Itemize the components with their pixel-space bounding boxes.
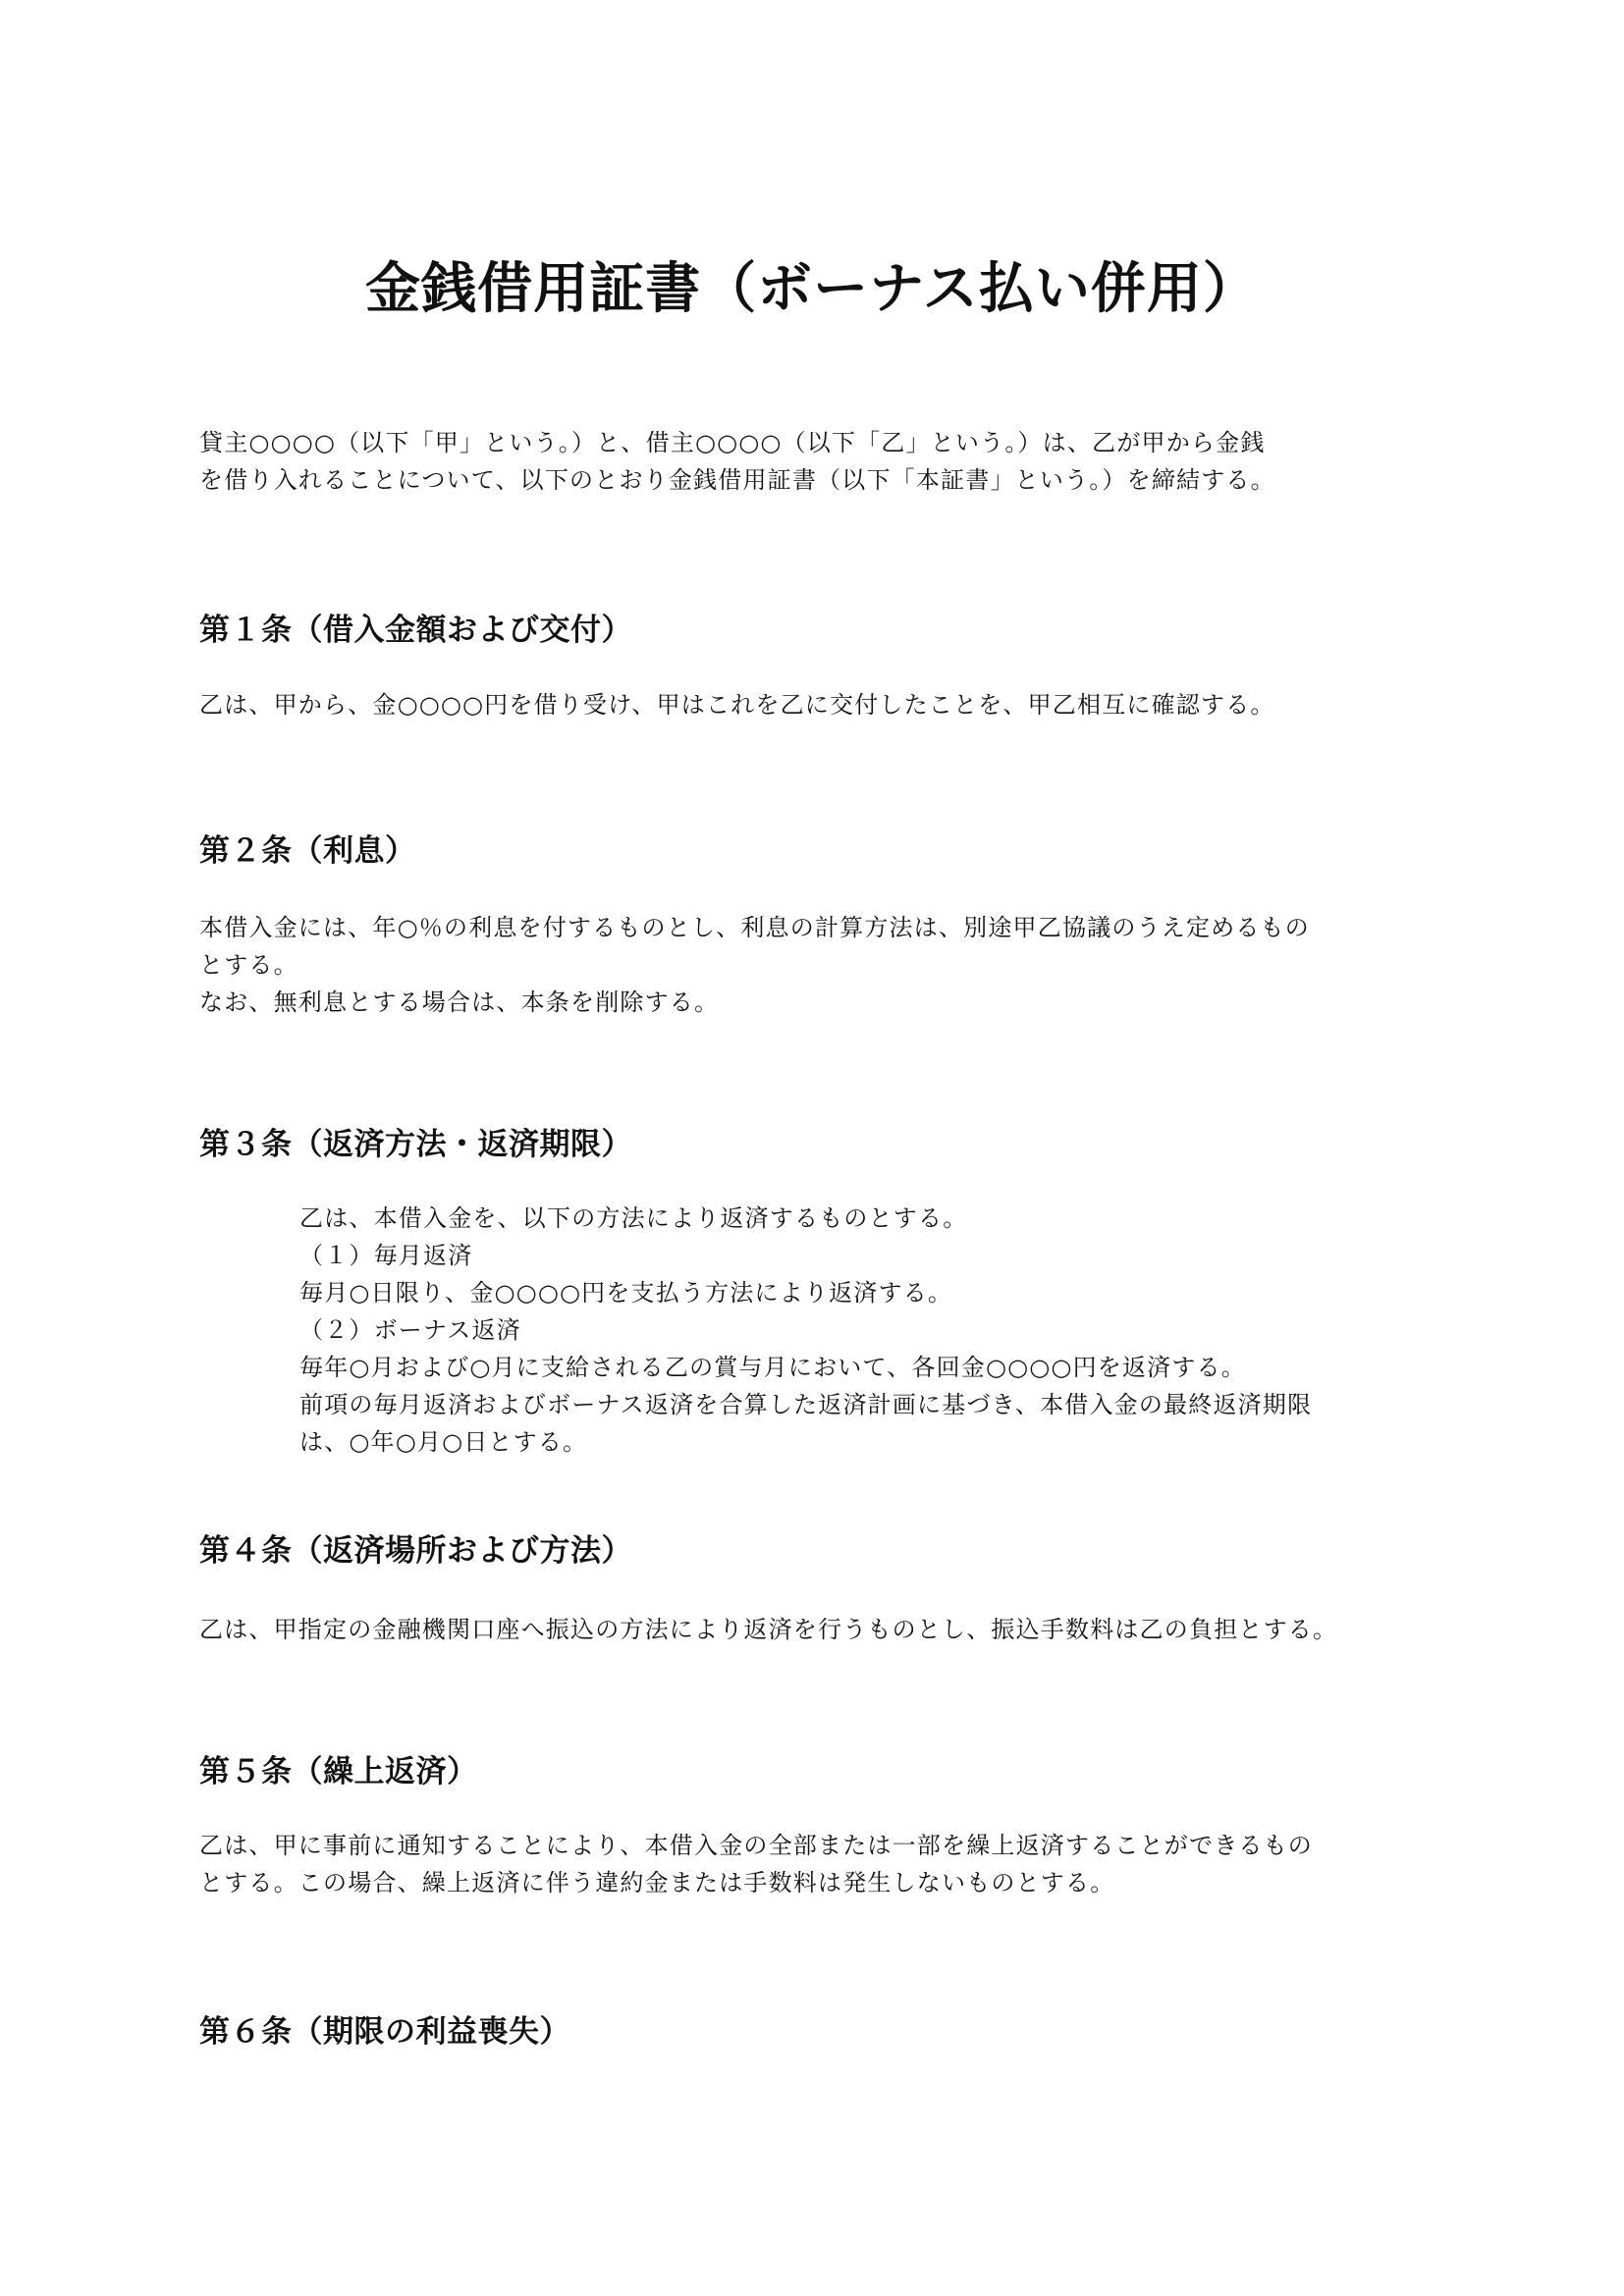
intro-line: を借り入れることについて、以下のとおり金銭借用証書（以下「本証書」という。）を締…: [199, 461, 1476, 499]
document-page: 金銭借用証書（ボーナス払い併用） 貸主○○○○（以下「甲」という。）と、借主○○…: [0, 0, 1624, 2296]
article-line: 毎月○日限り、金○○○○円を支払う方法により返済する。: [299, 1274, 1478, 1311]
article-3-body: 乙は、本借入金を、以下の方法により返済するものとする。 （１）毎月返済 毎月○日…: [299, 1200, 1478, 1461]
article-1-body: 乙は、甲から、金○○○○円を借り受け、甲はこれを乙に交付したことを、甲乙相互に確…: [199, 686, 1476, 723]
article-2-body: 本借入金には、年○％の利息を付するものとし、利息の計算方法は、別途甲乙協議のうえ…: [199, 909, 1476, 1021]
article-line: とする。この場合、繰上返済に伴う違約金または手数料は発生しないものとする。: [199, 1864, 1476, 1901]
intro-line: 貸主○○○○（以下「甲」という。）と、借主○○○○（以下「乙」という。）は、乙が…: [199, 424, 1476, 461]
article-line: 乙は、甲に事前に通知することにより、本借入金の全部または一部を繰上返済することが…: [199, 1827, 1476, 1864]
article-line: なお、無利息とする場合は、本条を削除する。: [199, 984, 1476, 1021]
article-4-body: 乙は、甲指定の金融機関口座へ振込の方法により返済を行うものとし、振込手数料は乙の…: [199, 1611, 1476, 1648]
article-1-heading: 第１条（借入金額および交付）: [199, 609, 632, 652]
intro-paragraph: 貸主○○○○（以下「甲」という。）と、借主○○○○（以下「乙」という。）は、乙が…: [199, 424, 1476, 499]
article-line: 毎年○月および○月に支給される乙の賞与月において、各回金○○○○円を返済する。: [299, 1349, 1478, 1386]
article-5-body: 乙は、甲に事前に通知することにより、本借入金の全部または一部を繰上返済することが…: [199, 1827, 1476, 1901]
article-line: （２）ボーナス返済: [299, 1311, 1478, 1349]
article-line: は、○年○月○日とする。: [299, 1423, 1478, 1461]
article-line: とする。: [199, 946, 1476, 984]
article-line: 乙は、本借入金を、以下の方法により返済するものとする。: [299, 1200, 1478, 1237]
article-line: 乙は、甲指定の金融機関口座へ振込の方法により返済を行うものとし、振込手数料は乙の…: [199, 1611, 1476, 1648]
article-line: （１）毎月返済: [299, 1237, 1478, 1274]
article-6-heading: 第６条（期限の利益喪失）: [199, 2010, 570, 2054]
article-line: 前項の毎月返済およびボーナス返済を合算した返済計画に基づき、本借入金の最終返済期…: [299, 1386, 1478, 1423]
article-3-heading: 第３条（返済方法・返済期限）: [199, 1123, 632, 1166]
article-2-heading: 第２条（利息）: [199, 829, 416, 873]
article-line: 乙は、甲から、金○○○○円を借り受け、甲はこれを乙に交付したことを、甲乙相互に確…: [199, 686, 1476, 723]
document-title: 金銭借用証書（ボーナス払い併用）: [0, 250, 1624, 329]
article-4-heading: 第４条（返済場所および方法）: [199, 1529, 632, 1573]
article-5-heading: 第５条（繰上返済）: [199, 1750, 478, 1793]
article-line: 本借入金には、年○％の利息を付するものとし、利息の計算方法は、別途甲乙協議のうえ…: [199, 909, 1476, 946]
